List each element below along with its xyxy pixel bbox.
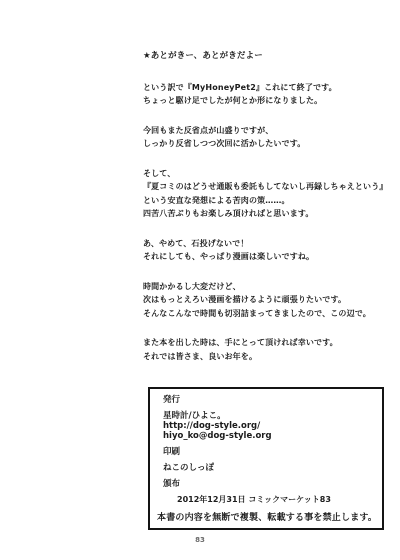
- text-line: 今回もまた反省点が山盛りですが、: [143, 124, 393, 138]
- afterword-page: ★あとがきー、あとがきだよー という訳で『MyHoneyPet2』これにて終了で…: [0, 0, 400, 560]
- afterword-paragraph: 今回もまた反省点が山盛りですが、 しっかり反省しつつ次回に活かしたいです。: [143, 124, 393, 151]
- printer-info: ねこのしっぽ: [163, 463, 374, 473]
- copyright-notice: 本書の内容を無断で複製、転載する事を禁止します。: [157, 512, 374, 524]
- text-line: それでは皆さま、良いお年を。: [143, 350, 393, 364]
- afterword-paragraph: という訳で『MyHoneyPet2』これにて終了です。 ちょっと駆け足でしたが何…: [143, 81, 393, 108]
- distribution-info: 2012年12月31日 コミックマーケット83: [163, 495, 374, 505]
- text-line: という安直な発想による苦肉の策……。: [143, 194, 393, 208]
- text-line: 四苦八苦ぶりもお楽しみ頂ければと思います。: [143, 207, 393, 221]
- afterword-paragraph: 時間かかるし大変だけど、 次はもっとえろい漫画を描けるように頑張りたいです。 そ…: [143, 280, 393, 321]
- text-line: という訳で『MyHoneyPet2』これにて終了です。: [143, 81, 393, 95]
- text-line: ちょっと駆け足でしたが何とか形になりました。: [143, 94, 393, 108]
- printer-name: ねこのしっぽ: [163, 463, 374, 473]
- page-number: 83: [0, 536, 400, 544]
- text-line: 『夏コミのはどうせ通販も委託もしてないし再録しちゃえという』: [143, 180, 393, 194]
- text-line: あ、やめて、石投げないで！: [143, 237, 393, 251]
- distribution-event: 2012年12月31日 コミックマーケット83: [177, 495, 374, 505]
- publisher-name: 星時計/ひよこ。: [163, 411, 374, 421]
- publisher-info: 星時計/ひよこ。 http://dog-style.org/ hiyo_ko@d…: [163, 411, 374, 441]
- afterword-paragraph: そして、 『夏コミのはどうせ通販も委託もしてないし再録しちゃえという』 という安…: [143, 167, 393, 221]
- distribution-label: 頒布: [163, 479, 374, 489]
- text-line: そんなこんなで時間も切羽詰まってきましたので、この辺で。: [143, 307, 393, 321]
- text-line: 次はもっとえろい漫画を描けるように頑張りたいです。: [143, 293, 393, 307]
- afterword-title: ★あとがきー、あとがきだよー: [143, 50, 393, 64]
- text-line: また本を出した時は、手にとって頂ければ幸いです。: [143, 336, 393, 350]
- printer-section: 印刷: [163, 447, 374, 457]
- distribution-section: 頒布: [163, 479, 374, 489]
- text-line: 時間かかるし大変だけど、: [143, 280, 393, 294]
- afterword-text: ★あとがきー、あとがきだよー という訳で『MyHoneyPet2』これにて終了で…: [143, 50, 393, 379]
- publisher-label: 発行: [163, 395, 374, 405]
- printer-label: 印刷: [163, 447, 374, 457]
- publisher-email: hiyo_ko@dog-style.org: [163, 431, 374, 441]
- text-line: それにしても、やっぱり漫画は楽しいですね。: [143, 250, 393, 264]
- afterword-paragraph: また本を出した時は、手にとって頂ければ幸いです。 それでは皆さま、良いお年を。: [143, 336, 393, 363]
- text-line: しっかり反省しつつ次回に活かしたいです。: [143, 137, 393, 151]
- text-line: そして、: [143, 167, 393, 181]
- colophon-box: 発行 星時計/ひよこ。 http://dog-style.org/ hiyo_k…: [148, 387, 384, 530]
- publisher-url: http://dog-style.org/: [163, 421, 374, 431]
- afterword-paragraph: あ、やめて、石投げないで！ それにしても、やっぱり漫画は楽しいですね。: [143, 237, 393, 264]
